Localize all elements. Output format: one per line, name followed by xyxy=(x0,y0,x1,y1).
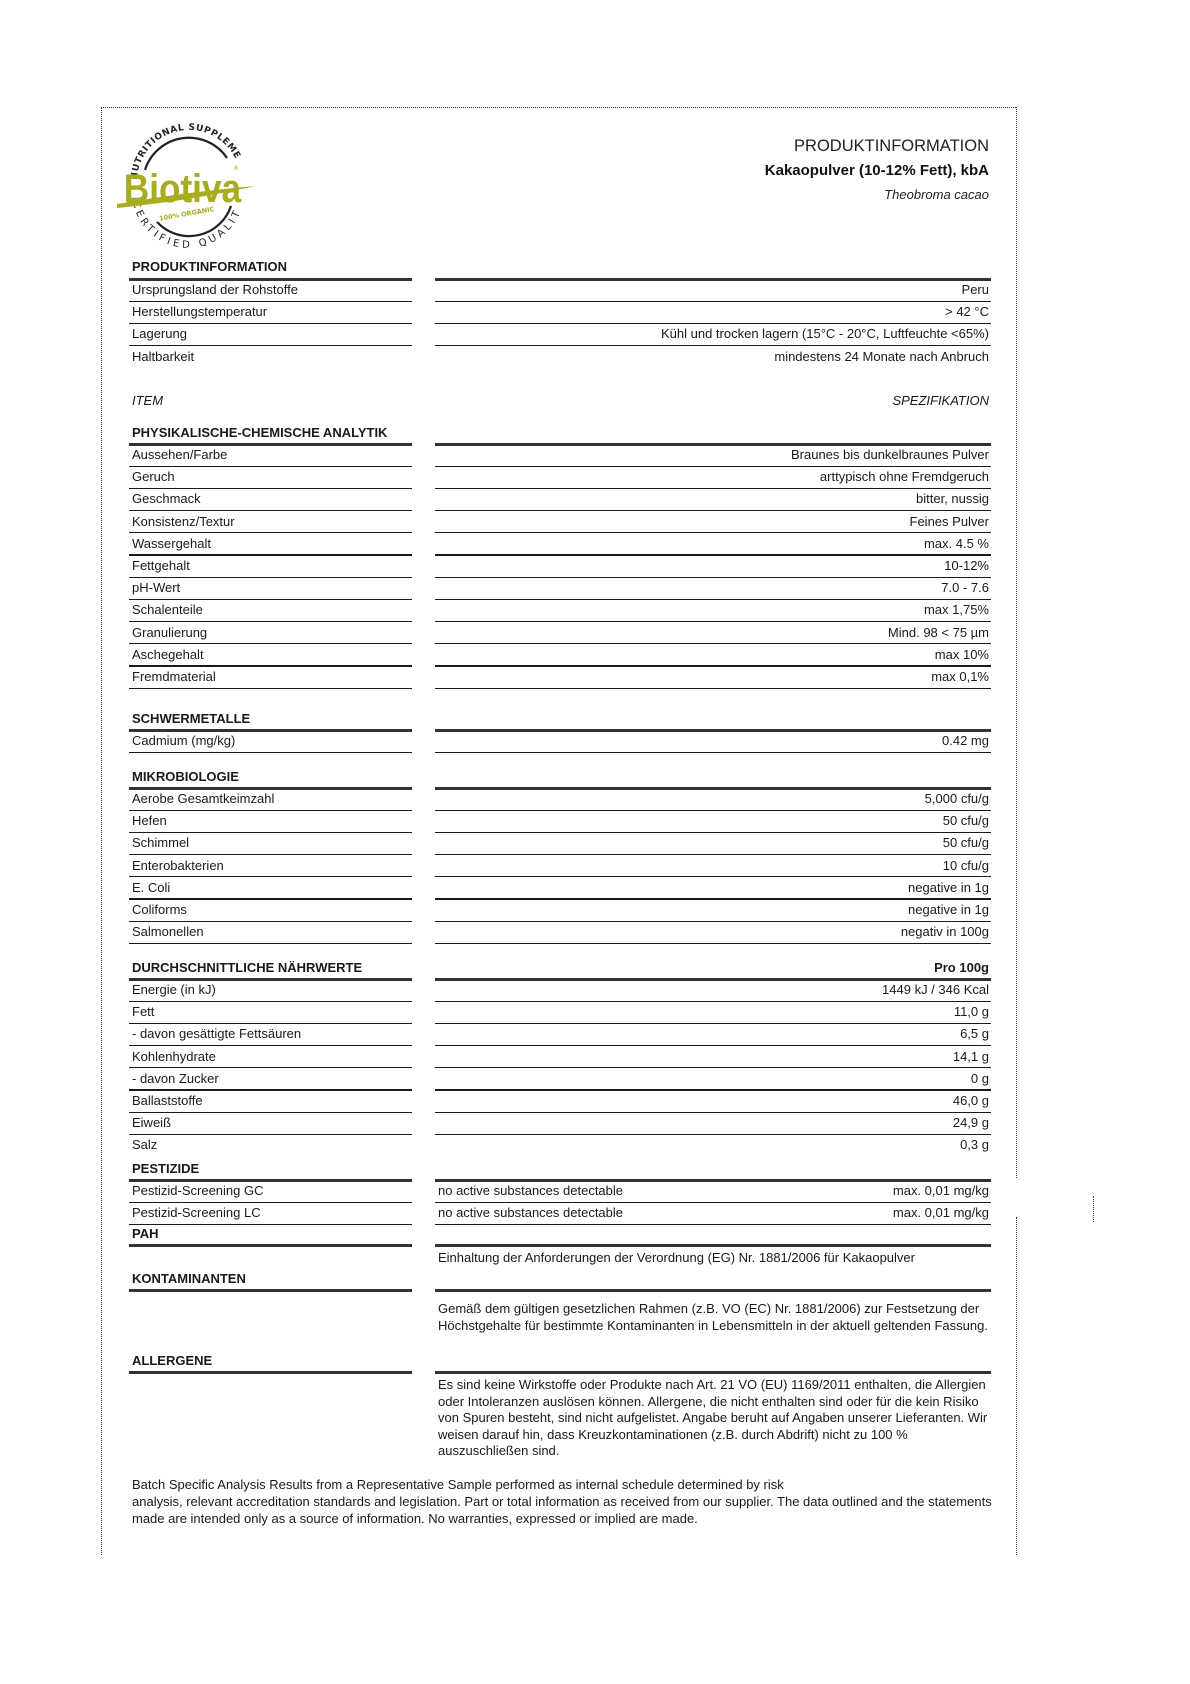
product-name: Kakaopulver (10-12% Fett), kbA xyxy=(765,162,989,179)
row-value: 0 g xyxy=(971,1071,989,1087)
row-divider xyxy=(435,876,991,877)
row-divider xyxy=(435,665,991,666)
row-label: Schimmel xyxy=(132,835,189,851)
row-value: Kühl und trocken lagern (15°C - 20°C, Lu… xyxy=(661,326,989,342)
row-value: 50 cfu/g xyxy=(943,813,989,829)
row-divider xyxy=(129,1202,412,1203)
row-label: Aschegehalt xyxy=(132,647,204,663)
section-divider xyxy=(435,1371,991,1374)
row-divider xyxy=(129,752,412,753)
section-heading: PHYSIKALISCHE-CHEMISCHE ANALYTIK xyxy=(132,425,387,441)
section-divider xyxy=(435,787,991,790)
latin-name: Theobroma cacao xyxy=(884,187,989,202)
section-heading: MIKROBIOLOGIE xyxy=(132,769,239,785)
section-heading: SCHWERMETALLE xyxy=(132,711,250,727)
row-value: Mind. 98 < 75 µm xyxy=(888,625,989,641)
row-value: > 42 °C xyxy=(945,304,989,320)
row-divider xyxy=(435,1001,991,1002)
row-divider xyxy=(129,921,412,922)
row-value: mindestens 24 Monate nach Anbruch xyxy=(774,349,989,365)
section-divider xyxy=(435,729,991,732)
section-divider xyxy=(435,1289,991,1292)
row-label: Cadmium (mg/kg) xyxy=(132,733,235,749)
row-divider xyxy=(129,688,412,689)
row-value: max. 0,01 mg/kg xyxy=(893,1205,989,1221)
row-label: Coliforms xyxy=(132,902,187,918)
row-divider xyxy=(129,1067,412,1068)
row-value: 14,1 g xyxy=(953,1049,989,1065)
row-value: negativ in 100g xyxy=(901,924,989,940)
row-divider xyxy=(129,854,412,855)
row-value: negative in 1g xyxy=(908,880,989,896)
row-divider xyxy=(435,810,991,811)
row-divider xyxy=(129,898,412,899)
section-heading: PESTIZIDE xyxy=(132,1161,199,1177)
row-label: Wassergehalt xyxy=(132,536,211,552)
row-label: Eiweiß xyxy=(132,1115,171,1131)
row-value: Peru xyxy=(962,282,989,298)
row-divider xyxy=(129,345,412,346)
row-label: Lagerung xyxy=(132,326,187,342)
page-border-left xyxy=(101,107,102,1555)
row-divider xyxy=(435,921,991,922)
row-divider xyxy=(129,466,412,467)
section-divider xyxy=(129,978,412,981)
row-divider xyxy=(129,599,412,600)
section-divider xyxy=(129,278,412,281)
section-heading: PAH xyxy=(132,1226,158,1242)
section-divider xyxy=(435,278,991,281)
row-label: Fettgehalt xyxy=(132,558,190,574)
row-divider xyxy=(129,532,412,533)
row-divider xyxy=(435,554,991,555)
row-value: 50 cfu/g xyxy=(943,835,989,851)
row-divider xyxy=(435,943,991,944)
row-value: 1449 kJ / 346 Kcal xyxy=(882,982,989,998)
row-label: Haltbarkeit xyxy=(132,349,194,365)
row-label: Geschmack xyxy=(132,491,201,507)
section-divider xyxy=(129,1244,412,1247)
row-value: max 10% xyxy=(935,647,989,663)
row-label: Enterobakterien xyxy=(132,858,224,874)
row-divider xyxy=(435,1089,991,1090)
row-value: 11,0 g xyxy=(954,1004,989,1020)
row-divider xyxy=(435,1112,991,1113)
row-label: Hefen xyxy=(132,813,167,829)
disclaimer-line-2: analysis, relevant accreditation standar… xyxy=(132,1494,992,1527)
row-divider xyxy=(129,488,412,489)
svg-text:Biotiva: Biotiva xyxy=(124,166,242,211)
row-result: no active substances detectable xyxy=(438,1205,623,1221)
row-value: 7.0 - 7.6 xyxy=(941,580,989,596)
row-divider xyxy=(435,621,991,622)
pah-text: Einhaltung der Anforderungen der Verordn… xyxy=(438,1250,915,1266)
row-label: Ursprungsland der Rohstoffe xyxy=(132,282,298,298)
row-label: Aerobe Gesamtkeimzahl xyxy=(132,791,274,807)
disclaimer-line-1: Batch Specific Analysis Results from a R… xyxy=(132,1477,992,1494)
row-label: Kohlenhydrate xyxy=(132,1049,216,1065)
row-value: max. 4.5 % xyxy=(924,536,989,552)
row-divider xyxy=(435,1045,991,1046)
section-divider xyxy=(435,1244,991,1247)
biotiva-logo: NUTRITIONAL SUPPLEMENTS CERTIFIED QUALIT… xyxy=(115,118,265,248)
row-value: Braunes bis dunkelbraunes Pulver xyxy=(791,447,989,463)
section-divider xyxy=(129,729,412,732)
row-divider xyxy=(435,1224,991,1225)
row-divider xyxy=(129,554,412,555)
row-divider xyxy=(435,599,991,600)
page-border-right-lower xyxy=(1016,1217,1017,1555)
row-value: bitter, nussig xyxy=(916,491,989,507)
row-label: Ballaststoffe xyxy=(132,1093,203,1109)
row-label: Geruch xyxy=(132,469,175,485)
allergene-text: Es sind keine Wirkstoffe oder Produkte n… xyxy=(438,1377,998,1460)
row-value: 10 cfu/g xyxy=(943,858,989,874)
row-divider xyxy=(435,532,991,533)
row-label: Salmonellen xyxy=(132,924,204,940)
row-label: Schalenteile xyxy=(132,602,203,618)
row-divider xyxy=(129,1089,412,1090)
row-divider xyxy=(129,832,412,833)
row-label: Herstellungstemperatur xyxy=(132,304,267,320)
document-title: PRODUKTINFORMATION xyxy=(794,137,989,156)
row-divider xyxy=(129,810,412,811)
per-unit-label: Pro 100g xyxy=(934,960,989,976)
row-label: Fett xyxy=(132,1004,154,1020)
row-divider xyxy=(435,1023,991,1024)
row-label: Energie (in kJ) xyxy=(132,982,216,998)
row-value: 24,9 g xyxy=(953,1115,989,1131)
row-value: max 1,75% xyxy=(924,602,989,618)
row-divider xyxy=(129,510,412,511)
column-header-item: ITEM xyxy=(132,393,163,409)
row-divider xyxy=(129,943,412,944)
section-divider xyxy=(435,443,991,446)
row-divider xyxy=(129,665,412,666)
row-label: Pestizid-Screening GC xyxy=(132,1183,264,1199)
row-label: - davon gesättigte Fettsäuren xyxy=(132,1026,301,1042)
row-divider xyxy=(129,577,412,578)
row-divider xyxy=(435,510,991,511)
row-divider xyxy=(435,1134,991,1135)
row-value: 46,0 g xyxy=(953,1093,989,1109)
page-border-top xyxy=(101,107,1016,108)
row-value: negative in 1g xyxy=(908,902,989,918)
row-label: pH-Wert xyxy=(132,580,180,596)
row-divider xyxy=(435,643,991,644)
row-divider xyxy=(129,1134,412,1135)
row-divider xyxy=(435,323,991,324)
row-divider xyxy=(129,1224,412,1225)
row-label: Pestizid-Screening LC xyxy=(132,1205,261,1221)
section-divider xyxy=(129,787,412,790)
row-value: arttypisch ohne Fremdgeruch xyxy=(820,469,989,485)
row-divider xyxy=(129,301,412,302)
row-divider xyxy=(129,643,412,644)
row-label: - davon Zucker xyxy=(132,1071,219,1087)
row-result: no active substances detectable xyxy=(438,1183,623,1199)
svg-text:®: ® xyxy=(233,165,239,172)
row-divider xyxy=(435,577,991,578)
row-label: Salz xyxy=(132,1137,157,1153)
row-divider xyxy=(129,1001,412,1002)
row-value: max 0,1% xyxy=(931,669,989,685)
row-value: max. 0,01 mg/kg xyxy=(893,1183,989,1199)
kontaminanten-text: Gemäß dem gültigen gesetzlichen Rahmen (… xyxy=(438,1301,998,1334)
row-divider xyxy=(435,345,991,346)
section-divider xyxy=(435,978,991,981)
row-divider xyxy=(129,876,412,877)
row-value: 0.42 mg xyxy=(942,733,989,749)
row-value: 6,5 g xyxy=(960,1026,989,1042)
page-border-right xyxy=(1016,107,1017,1178)
page-border-fragment xyxy=(1093,1196,1094,1222)
row-divider xyxy=(435,1202,991,1203)
section-divider xyxy=(129,1289,412,1292)
section-heading: DURCHSCHNITTLICHE NÄHRWERTE xyxy=(132,960,362,976)
row-label: Granulierung xyxy=(132,625,207,641)
row-divider xyxy=(435,898,991,899)
section-divider xyxy=(435,1179,991,1182)
section-divider xyxy=(129,1179,412,1182)
row-divider xyxy=(129,1023,412,1024)
section-divider xyxy=(129,1371,412,1374)
row-value: 5,000 cfu/g xyxy=(925,791,989,807)
row-value: Feines Pulver xyxy=(910,514,989,530)
row-divider xyxy=(435,1067,991,1068)
row-value: 0,3 g xyxy=(960,1137,989,1153)
section-heading: ALLERGENE xyxy=(132,1353,212,1369)
row-divider xyxy=(435,301,991,302)
row-label: Fremdmaterial xyxy=(132,669,216,685)
row-label: Konsistenz/Textur xyxy=(132,514,235,530)
row-divider xyxy=(435,488,991,489)
row-divider xyxy=(435,752,991,753)
row-divider xyxy=(435,466,991,467)
row-divider xyxy=(435,854,991,855)
row-divider xyxy=(435,688,991,689)
row-divider xyxy=(129,323,412,324)
row-label: E. Coli xyxy=(132,880,170,896)
row-divider xyxy=(129,1045,412,1046)
row-divider xyxy=(129,621,412,622)
row-label: Aussehen/Farbe xyxy=(132,447,227,463)
row-divider xyxy=(129,1112,412,1113)
section-divider xyxy=(129,443,412,446)
column-header-specification: SPEZIFIKATION xyxy=(892,393,989,409)
section-heading: PRODUKTINFORMATION xyxy=(132,259,287,275)
row-divider xyxy=(435,832,991,833)
section-heading: KONTAMINANTEN xyxy=(132,1271,246,1287)
row-value: 10-12% xyxy=(944,558,989,574)
